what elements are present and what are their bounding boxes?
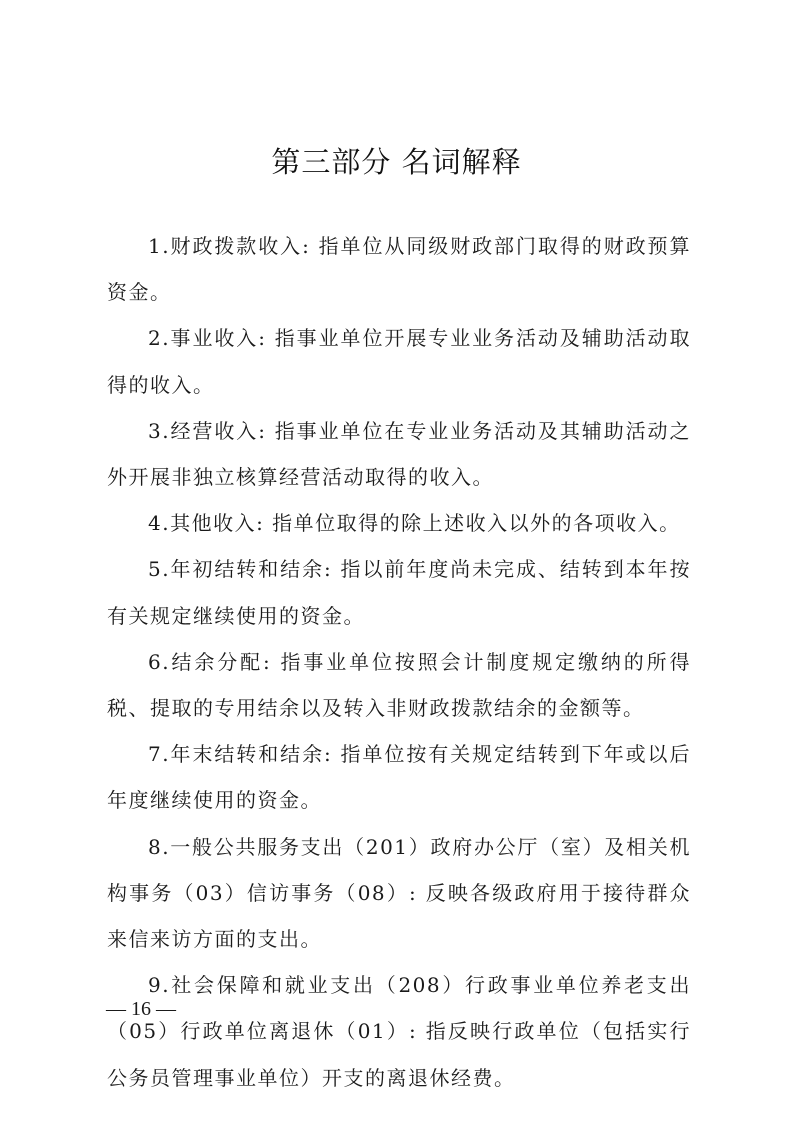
- glossary-item-fiscal-appropriation-income: 1.财政拨款收入: 指单位从同级财政部门取得的财政预算资金。: [107, 223, 691, 315]
- glossary-item-year-end-carryover: 7.年末结转和结余: 指单位按有关规定结转到下年或以后年度继续使用的资金。: [107, 731, 691, 823]
- glossary-item-business-income: 2.事业收入: 指事业单位开展专业业务活动及辅助活动取得的收入。: [107, 315, 691, 407]
- glossary-item-petition-affairs-expenditure: 8.一般公共服务支出（201）政府办公厅（室）及相关机构事务（03）信访事务（0…: [107, 824, 691, 963]
- glossary-item-other-income: 4.其他收入: 指单位取得的除上述收入以外的各项收入。: [107, 500, 691, 546]
- glossary-item-retirement-expenditure: 9.社会保障和就业支出（208）行政事业单位养老支出（05）行政单位离退休（01…: [107, 962, 691, 1101]
- glossary-item-surplus-distribution: 6.结余分配: 指事业单位按照会计制度规定缴纳的所得税、提取的专用结余以及转入非…: [107, 639, 691, 731]
- glossary-item-operating-income: 3.经营收入: 指事业单位在专业业务活动及其辅助活动之外开展非独立核算经营活动取…: [107, 408, 691, 500]
- page-number: — 16 —: [106, 997, 176, 1021]
- glossary-content: 1.财政拨款收入: 指单位从同级财政部门取得的财政预算资金。 2.事业收入: 指…: [107, 223, 691, 1101]
- glossary-item-beginning-carryover: 5.年初结转和结余: 指以前年度尚未完成、结转到本年按有关规定继续使用的资金。: [107, 546, 691, 638]
- page-title: 第三部分 名词解释: [0, 142, 793, 182]
